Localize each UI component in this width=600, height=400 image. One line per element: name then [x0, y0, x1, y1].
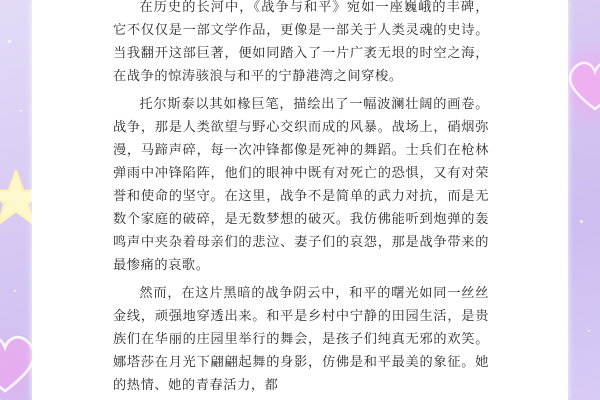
paragraph-intro: 在历史的长河中，《战争与和平》宛如一座巍峨的丰碑，它不仅仅是一部文学作品，更像是… [113, 0, 489, 88]
sparkle-decoration [588, 330, 590, 332]
paragraph-war: 托尔斯泰以其如椽巨笔，描绘出了一幅波澜壮阔的画卷。战争，那是人类欲望与野心交织而… [113, 93, 489, 277]
sparkle-decoration [8, 40, 11, 43]
sparkle-decoration [580, 220, 583, 223]
paragraph-peace: 然而，在这片黑暗的战争阴云中，和平的曙光如同一丝丝金线，顽强地穿透出来。和平是乡… [113, 282, 489, 397]
heart-icon [565, 35, 600, 135]
document-page: 在历史的长河中，《战争与和平》宛如一座巍峨的丰碑，它不仅仅是一部文学作品，更像是… [32, 0, 568, 400]
sparkle-decoration [20, 110, 22, 112]
article-body: 在历史的长河中，《战争与和平》宛如一座巍峨的丰碑，它不仅仅是一部文学作品，更像是… [113, 0, 489, 400]
sparkle-decoration [14, 290, 16, 292]
